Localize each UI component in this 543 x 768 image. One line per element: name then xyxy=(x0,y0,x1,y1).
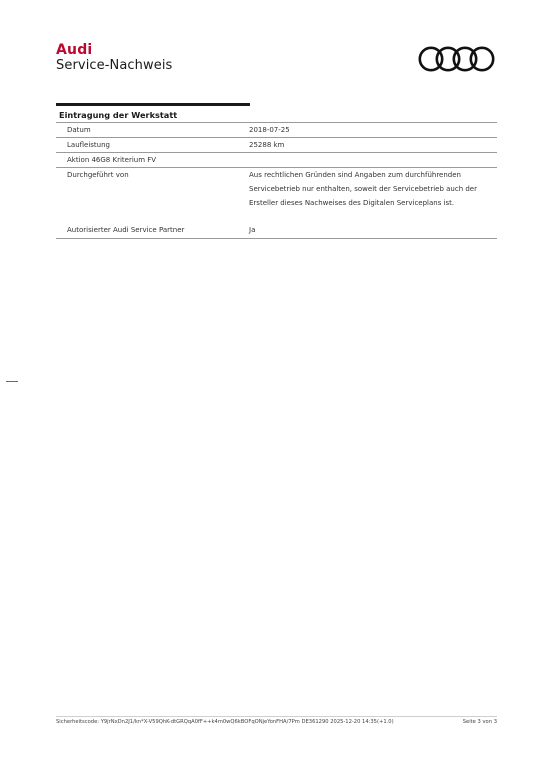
page-total: 3 xyxy=(494,719,497,725)
row-value: Aus rechtlichen Gründen sind Angaben zum… xyxy=(249,168,497,223)
timestamp: 2025-12-20 14:35 xyxy=(330,719,377,725)
table-row-campaign: Aktion 46G8 Kriterium FV xyxy=(56,152,497,167)
page-label: Seite xyxy=(463,719,476,725)
security-code-label: Sicherheitscode: xyxy=(56,719,99,725)
fold-mark xyxy=(6,381,18,382)
row-label: Laufleistung xyxy=(56,138,249,152)
row-value: Ja xyxy=(249,223,497,237)
row-label: Aktion 46G8 Kriterium FV xyxy=(56,153,249,167)
table-row-authorized-partner: Autorisierter Audi Service Partner Ja xyxy=(56,223,497,239)
security-code-line: Sicherheitscode: Y9jrNxDn2J1/kn*X-V59QhK… xyxy=(56,719,457,725)
table-row-performed-by: Durchgeführt von Aus rechtlichen Gründen… xyxy=(56,167,497,223)
page-current: 3 xyxy=(478,719,481,725)
row-label: Autorisierter Audi Service Partner xyxy=(56,223,249,237)
page-separator: von xyxy=(482,719,492,725)
workshop-entry-section: Eintragung der Werkstatt Datum 2018-07-2… xyxy=(56,103,497,239)
table-row-date: Datum 2018-07-25 xyxy=(56,122,497,137)
row-value xyxy=(249,153,497,167)
row-value: 2018-07-25 xyxy=(249,123,497,137)
page-number: Seite 3 von 3 xyxy=(457,719,497,725)
footer-divider xyxy=(56,716,497,717)
table-row-mileage: Laufleistung 25288 km xyxy=(56,137,497,152)
row-label: Durchgeführt von xyxy=(56,168,249,223)
row-label: Datum xyxy=(56,123,249,137)
audi-rings-logo-icon xyxy=(418,44,498,74)
row-value: 25288 km xyxy=(249,138,497,152)
brand-name: Audi xyxy=(56,42,92,58)
footer: Sicherheitscode: Y9jrNxDn2J1/kn*X-V59QhK… xyxy=(56,719,497,725)
security-code: Y9jrNxDn2J1/kn*X-V59QhK-dtGRQqA0fF++k4m0… xyxy=(101,719,300,725)
document-id: DE361290 xyxy=(302,719,329,725)
document-title: Service-Nachweis xyxy=(56,58,172,73)
version: (+1.0) xyxy=(377,719,394,725)
section-title: Eintragung der Werkstatt xyxy=(56,106,497,122)
